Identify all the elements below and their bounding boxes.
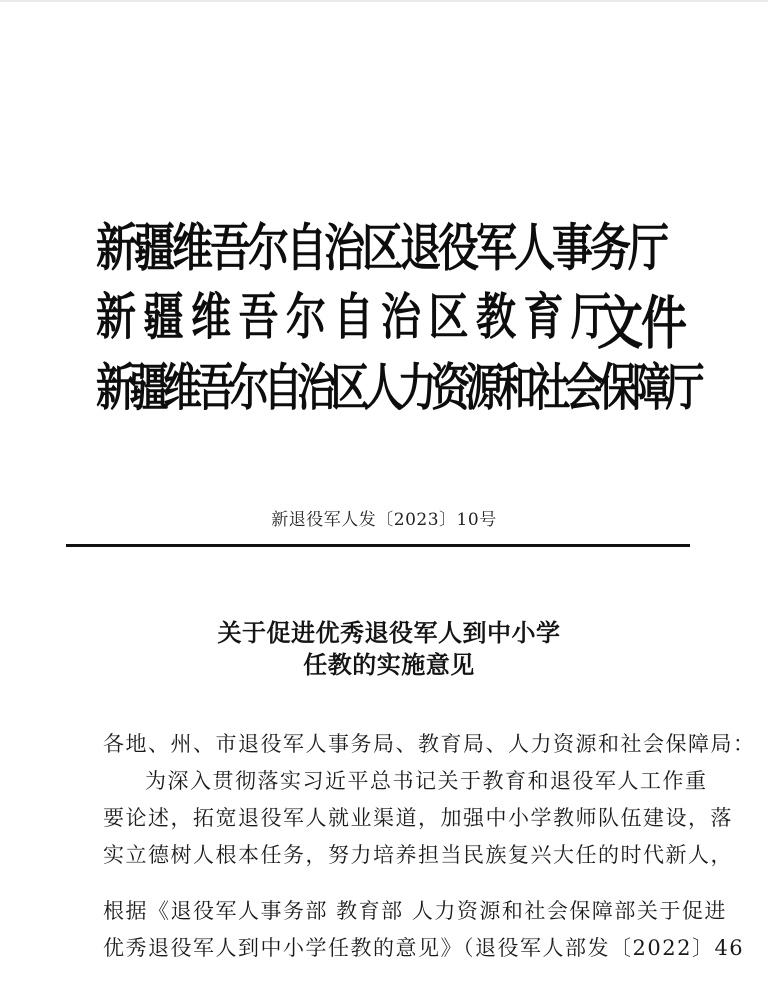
body-paragraph-line: 优秀退役军人到中小学任教的意见》（退役军人部发〔2022〕46 [103, 932, 744, 962]
document-number: 新退役军人发〔2023〕10号 [0, 505, 768, 530]
issuing-org-education: 新疆维吾尔自治区教育厅 [96, 278, 619, 349]
body-paragraph-line: 为深入贯彻落实习近平总书记关于教育和退役军人工作重 [145, 765, 708, 795]
document-title-line-2: 任教的实施意见 [10, 645, 768, 680]
body-paragraph-line: 要论述，拓宽退役军人就业渠道，加强中小学教师队伍建设，落 [103, 802, 733, 832]
issuing-org-veterans-affairs: 新疆维吾尔自治区退役军人事务厅 [96, 207, 666, 281]
document-label: 文件 [597, 278, 685, 361]
addressee: 各地、州、市退役军人事务局、教育局、人力资源和社会保障局： [103, 728, 756, 758]
body-paragraph-line: 根据《退役军人事务部 教育部 人力资源和社会保障部关于促进 [103, 895, 727, 925]
body-paragraph-line: 实立德树人根本任务，努力培养担当民族复兴大任的时代新人， [103, 839, 733, 869]
document-title-line-1: 关于促进优秀退役军人到中小学 [10, 613, 768, 648]
page-top-edge [0, 0, 768, 2]
header-divider [66, 544, 690, 547]
